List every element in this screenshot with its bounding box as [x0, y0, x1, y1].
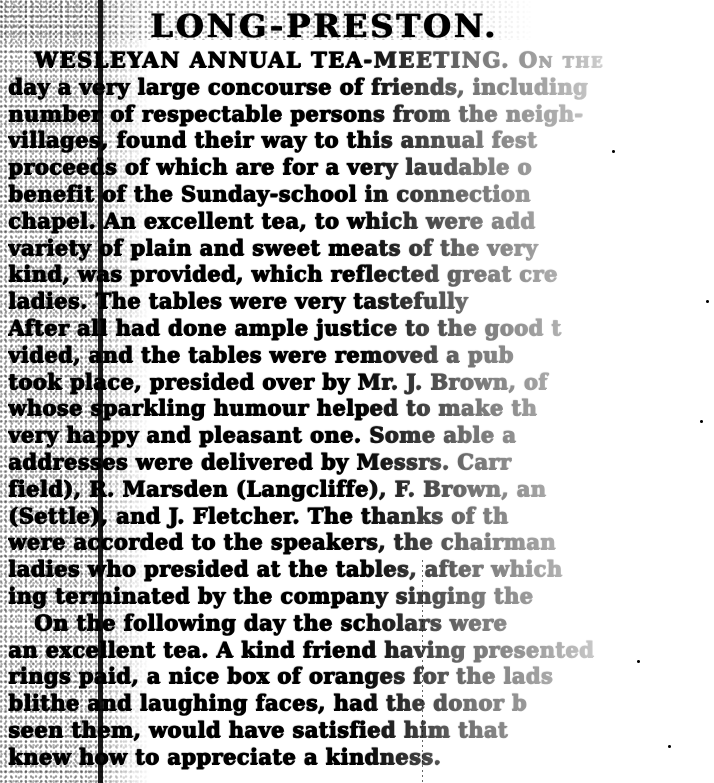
- article-heading: LONG-PRESTON.: [150, 6, 498, 46]
- article-line: kind, was provided, which reflected grea…: [8, 261, 708, 288]
- article-line: very happy and pleasant one. Some able a: [8, 422, 708, 449]
- article-line: WESLEYAN ANNUAL TEA-MEETING. On the: [8, 47, 708, 74]
- article-line: ladies who presided at the tables, after…: [8, 556, 708, 583]
- article-line: took place, presided over by Mr. J. Brow…: [8, 369, 708, 396]
- article-line: blithe and laughing faces, had the donor…: [8, 690, 708, 717]
- article-line: benefit of the Sunday-school in connecti…: [8, 181, 708, 208]
- article-line: chapel. An excellent tea, to which were …: [8, 208, 708, 235]
- scan-speck: [612, 150, 615, 153]
- article-line: After all had done ample justice to the …: [8, 315, 708, 342]
- article-line: rings paid, a nice box of oranges for th…: [8, 663, 708, 690]
- article-line: field), R. Marsden (Langcliffe), F. Brow…: [8, 476, 708, 503]
- article-body: WESLEYAN ANNUAL TEA-MEETING. On the day …: [8, 47, 708, 771]
- scan-speck: [637, 660, 640, 663]
- article-line: variety of plain and sweet meats of the …: [8, 235, 708, 262]
- article-line: villages, found their way to this annual…: [8, 127, 708, 154]
- article-line: knew how to appreciate a kindness.: [8, 744, 708, 771]
- article-line: an excellent tea. A kind friend having p…: [8, 637, 708, 664]
- article-line: whose sparkling humour helped to make th: [8, 395, 708, 422]
- article-line: proceeds of which are for a very laudabl…: [8, 154, 708, 181]
- article-line: seen them, would have satisfied him that: [8, 717, 708, 744]
- article-line: number of respectable persons from the n…: [8, 101, 708, 128]
- article-line: ing terminated by the company singing th…: [8, 583, 708, 610]
- scan-speck: [700, 420, 703, 423]
- article-line: ladies. The tables were very tastefully: [8, 288, 708, 315]
- article-line: (Settle), and J. Fletcher. The thanks of…: [8, 503, 708, 530]
- article-line: vided, and the tables were removed a pub: [8, 342, 708, 369]
- article-line: addresses were delivered by Messrs. Carr: [8, 449, 708, 476]
- newspaper-clipping: LONG-PRESTON. WESLEYAN ANNUAL TEA-MEETIN…: [0, 0, 714, 783]
- article-line: were accorded to the speakers, the chair…: [8, 529, 708, 556]
- scan-speck: [706, 300, 709, 303]
- scan-speck: [668, 745, 671, 748]
- article-line: On the following day the scholars were: [8, 610, 708, 637]
- article-line: day a very large concourse of friends, i…: [8, 74, 708, 101]
